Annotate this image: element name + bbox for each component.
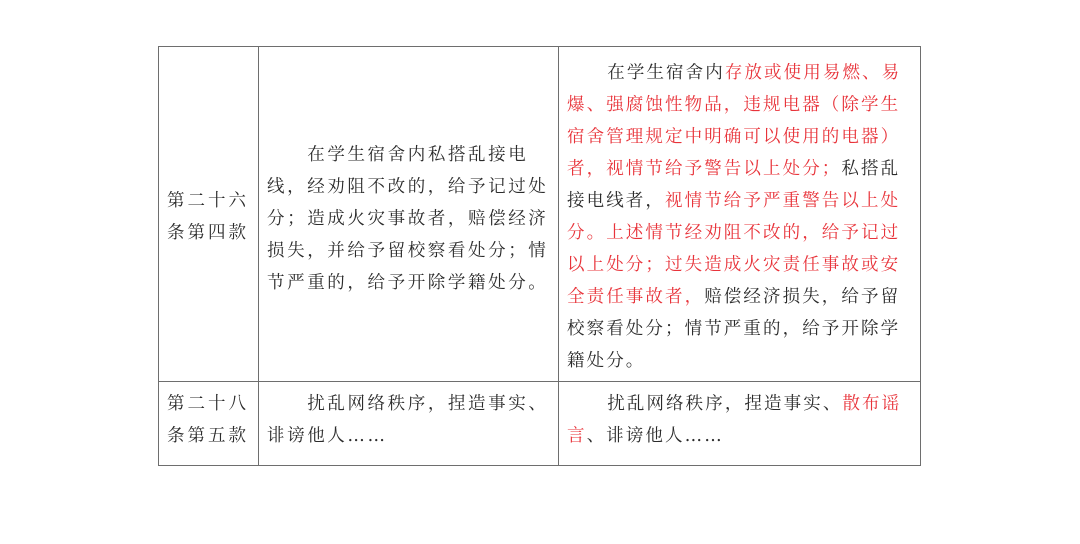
new-text-cell: 扰乱网络秩序，捏造事实、散布谣言、诽谤他人…… [559,382,920,466]
article-cell: 第二十六条第四款 [159,47,259,381]
new-text-segment: 、诽谤他人…… [587,426,724,446]
new-text-cell: 在学生宿舍内存放或使用易燃、易爆、强腐蚀性物品，违规电器（除学生宿舍管理规定中明… [559,47,920,381]
article-label: 第二十六条第四款 [167,185,253,249]
article-cell: 第二十八条第五款 [159,382,259,466]
new-text-segment: 扰乱网络秩序，捏造事实、 [607,394,842,414]
new-text: 在学生宿舍内存放或使用易燃、易爆、强腐蚀性物品，违规电器（除学生宿舍管理规定中明… [567,57,915,377]
new-text: 扰乱网络秩序，捏造事实、散布谣言、诽谤他人…… [567,388,915,452]
old-text: 扰乱网络秩序，捏造事实、诽谤他人…… [267,388,555,452]
old-text-cell: 扰乱网络秩序，捏造事实、诽谤他人…… [259,382,559,466]
regulation-comparison-table: 第二十六条第四款 在学生宿舍内私搭乱接电线，经劝阻不改的，给予记过处分；造成火灾… [158,46,921,466]
table-row: 第二十六条第四款 在学生宿舍内私搭乱接电线，经劝阻不改的，给予记过处分；造成火灾… [159,47,920,382]
article-label: 第二十八条第五款 [167,388,253,452]
new-text-segment: 在学生宿舍内 [607,63,725,83]
old-text-cell: 在学生宿舍内私搭乱接电线，经劝阻不改的，给予记过处分；造成火灾事故者，赔偿经济损… [259,47,559,381]
old-text: 在学生宿舍内私搭乱接电线，经劝阻不改的，给予记过处分；造成火灾事故者，赔偿经济损… [267,139,555,299]
table-row: 第二十八条第五款 扰乱网络秩序，捏造事实、诽谤他人…… 扰乱网络秩序，捏造事实、… [159,382,920,466]
